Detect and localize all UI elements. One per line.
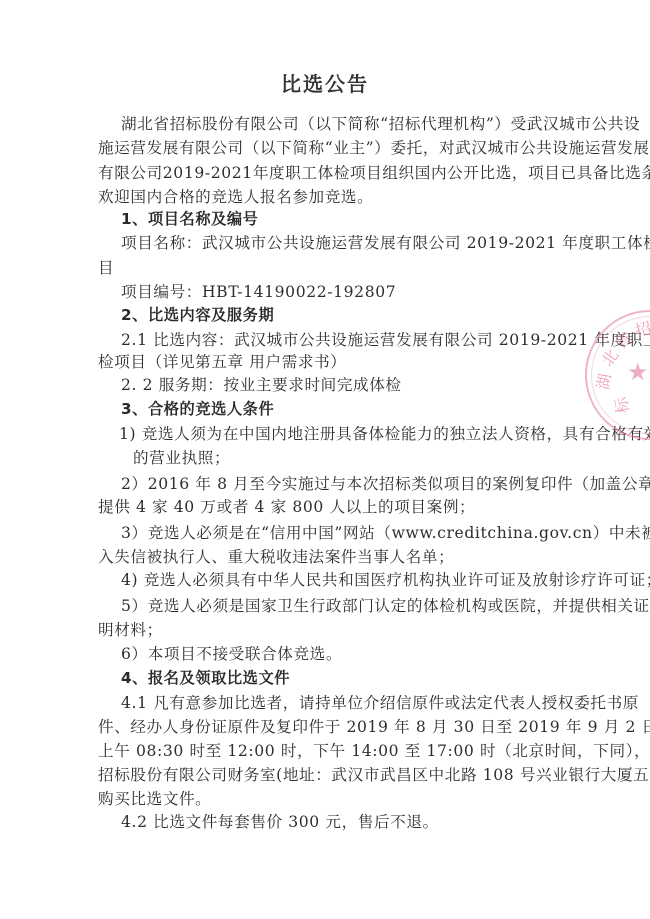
condition-3-continued: 入失信被执行人、重大税收违法案件当事人名单； — [98, 547, 554, 567]
registration-line-1: 4.1 凡有意参加比选者，请持单位介绍信原件或法定代表人授权委托书原 — [121, 693, 554, 713]
condition-1: 1) 竞选人须为在中国内地注册具备体检能力的独立法人资格，具有合格有效 — [119, 424, 552, 444]
condition-6: 6）本项目不接受联合体竞选。 — [121, 644, 554, 664]
seal-star-icon: ★ — [627, 358, 649, 386]
section-2-heading: 2、比选内容及服务期 — [121, 305, 554, 325]
section-3-heading: 3、合格的竞选人条件 — [121, 399, 554, 419]
project-name-continued: 目 — [98, 258, 554, 278]
document-page: 比选公告 湖北省招标股份有限公司（以下简称“招标代理机构”）受武汉城市公共设 施… — [0, 0, 650, 919]
condition-1-continued: 的营业执照； — [133, 448, 554, 468]
condition-2-continued: 提供 4 家 40 万或者 4 家 800 人以上的项目案例； — [98, 497, 554, 517]
intro-line-1: 湖北省招标股份有限公司（以下简称“招标代理机构”）受武汉城市公共设 — [121, 114, 554, 134]
condition-5-continued: 明材料； — [98, 620, 554, 640]
service-period: 2. 2 服务期：按业主要求时间完成体检 — [121, 375, 554, 395]
registration-line-3: 上午 08:30 时至 12:00 时，下午 14:00 至 17:00 时（北… — [98, 741, 554, 761]
intro-line-4: 欢迎国内合格的竞选人报名参加竞选。 — [98, 187, 554, 207]
selection-content-continued: 检项目（详见第五章 用户需求书） — [98, 352, 554, 372]
condition-4: 4) 竞选人必须具有中华人民共和国医疗机构执业许可证及放射诊疗许可证； — [121, 570, 554, 590]
registration-line-2: 件、经办人身份证原件及复印件于 2019 年 8 月 30 日至 2019 年 … — [98, 717, 554, 737]
section-1-heading: 1、项目名称及编号 — [121, 209, 554, 229]
selection-content-line: 2.1 比选内容：武汉城市公共设施运营发展有限公司 2019-2021 年度职工… — [121, 330, 554, 350]
section-4-heading: 4、报名及领取比选文件 — [121, 668, 554, 688]
project-name-line: 项目名称：武汉城市公共设施运营发展有限公司 2019-2021 年度职工体检项 — [121, 233, 554, 253]
intro-line-3: 有限公司2019-2021年度职工体检项目组织国内公开比选，项目已具备比选条件， — [98, 163, 554, 183]
intro-line-2: 施运营发展有限公司（以下简称“业主”）委托，对武汉城市公共设施运营发展 — [98, 138, 554, 158]
project-number: 项目编号：HBT-14190022-192807 — [121, 282, 554, 302]
registration-line-4: 招标股份有限公司财务室(地址：武汉市武昌区中北路 108 号兴业银行大厦五层) — [98, 765, 554, 785]
condition-5: 5）竞选人必须是国家卫生行政部门认定的体检机构或医院，并提供相关证 — [121, 596, 554, 616]
condition-2: 2）2016 年 8 月至今实施过与本次招标类似项目的案例复印件（加盖公章） — [121, 474, 554, 494]
registration-line-5: 购买比选文件。 — [98, 789, 554, 809]
official-seal-stamp: 湖 北 省 招 标 ★ — [585, 310, 650, 440]
document-price: 4.2 比选文件每套售价 300 元，售后不退。 — [121, 812, 554, 832]
page-title: 比选公告 — [0, 68, 650, 97]
condition-3: 3）竞选人必须是在“信用中国”网站（www.creditchina.gov.cn… — [121, 523, 554, 543]
